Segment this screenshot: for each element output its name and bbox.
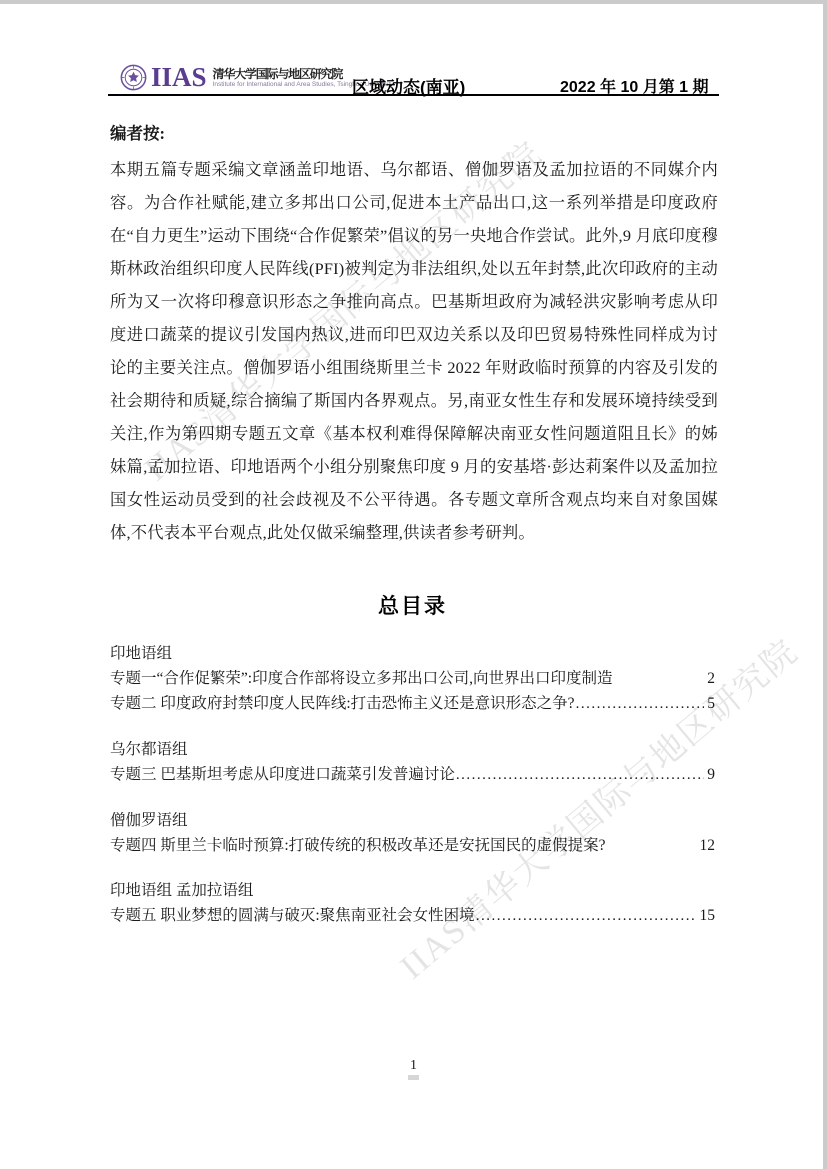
toc-entry[interactable]: 专题二 印度政府封禁印度人民阵线:打击恐怖主义还是意识形态之争? 5 — [110, 691, 715, 717]
tsinghua-emblem-icon — [120, 64, 147, 91]
toc-leader-dots — [456, 762, 704, 788]
toc-group-label: 乌尔都语组 — [110, 737, 715, 762]
toc-entry[interactable]: 专题五 职业梦想的圆满与破灭:聚焦南亚社会女性困境 15 — [110, 903, 715, 929]
toc-entry[interactable]: 专题一“合作促繁荣”:印度合作部将设立多邦出口公司,向世界出口印度制造 2 — [110, 666, 715, 691]
header-rule — [108, 94, 719, 96]
toc-entry-title: 专题五 职业梦想的圆满与破灭:聚焦南亚社会女性困境 — [110, 903, 475, 928]
page-footer: 1 — [0, 1056, 827, 1080]
table-of-contents: 总目录 印地语组 专题一“合作促繁荣”:印度合作部将设立多邦出口公司,向世界出口… — [110, 590, 715, 949]
toc-entry[interactable]: 专题三 巴基斯坦考虑从印度进口蔬菜引发普遍讨论 9 — [110, 762, 715, 788]
toc-leader-dots — [476, 903, 697, 929]
toc-entry-page: 12 — [698, 833, 716, 858]
toc-entry-page: 2 — [705, 666, 715, 691]
toc-entry-title: 专题三 巴基斯坦考虑从印度进口蔬菜引发普遍讨论 — [110, 762, 455, 787]
toc-entry-title: 专题二 印度政府封禁印度人民阵线:打击恐怖主义还是意识形态之争? — [110, 691, 575, 716]
toc-entry-page: 9 — [705, 762, 715, 787]
toc-group-label: 印地语组 孟加拉语组 — [110, 878, 715, 903]
toc-group-hindi-bengali: 印地语组 孟加拉语组 专题五 职业梦想的圆满与破灭:聚焦南亚社会女性困境 15 — [110, 878, 715, 929]
toc-group-label: 印地语组 — [110, 641, 715, 666]
toc-group-hindi: 印地语组 专题一“合作促繁荣”:印度合作部将设立多邦出口公司,向世界出口印度制造… — [110, 641, 715, 717]
toc-leader-dots — [576, 691, 705, 717]
toc-group-sinhala: 僧伽罗语组 专题四 斯里兰卡临时预算:打破传统的积极改革还是安抚国民的虚假提案?… — [110, 808, 715, 858]
iias-logotype: IIAS — [151, 64, 207, 91]
toc-group-urdu: 乌尔都语组 专题三 巴基斯坦考虑从印度进口蔬菜引发普遍讨论 9 — [110, 737, 715, 788]
editor-note-body: 本期五篇专题采编文章涵盖印地语、乌尔都语、僧伽罗语及孟加拉语的不同媒介内容。为合… — [110, 153, 718, 549]
page-edge-top — [0, 0, 827, 4]
editor-note-label: 编者按: — [110, 121, 718, 147]
toc-entry-page: 5 — [705, 691, 715, 716]
toc-title: 总目录 — [110, 590, 715, 620]
toc-entry[interactable]: 专题四 斯里兰卡临时预算:打破传统的积极改革还是安抚国民的虚假提案? 12 — [110, 833, 715, 858]
toc-entry-page: 15 — [698, 903, 716, 928]
toc-group-label: 僧伽罗语组 — [110, 808, 715, 833]
toc-entry-title: 专题一“合作促繁荣”:印度合作部将设立多邦出口公司,向世界出口印度制造 — [110, 666, 612, 691]
toc-entry-title: 专题四 斯里兰卡临时预算:打破传统的积极改革还是安抚国民的虚假提案? — [110, 833, 606, 858]
page-edge-right — [823, 4, 827, 1169]
page-number: 1 — [408, 1057, 419, 1080]
